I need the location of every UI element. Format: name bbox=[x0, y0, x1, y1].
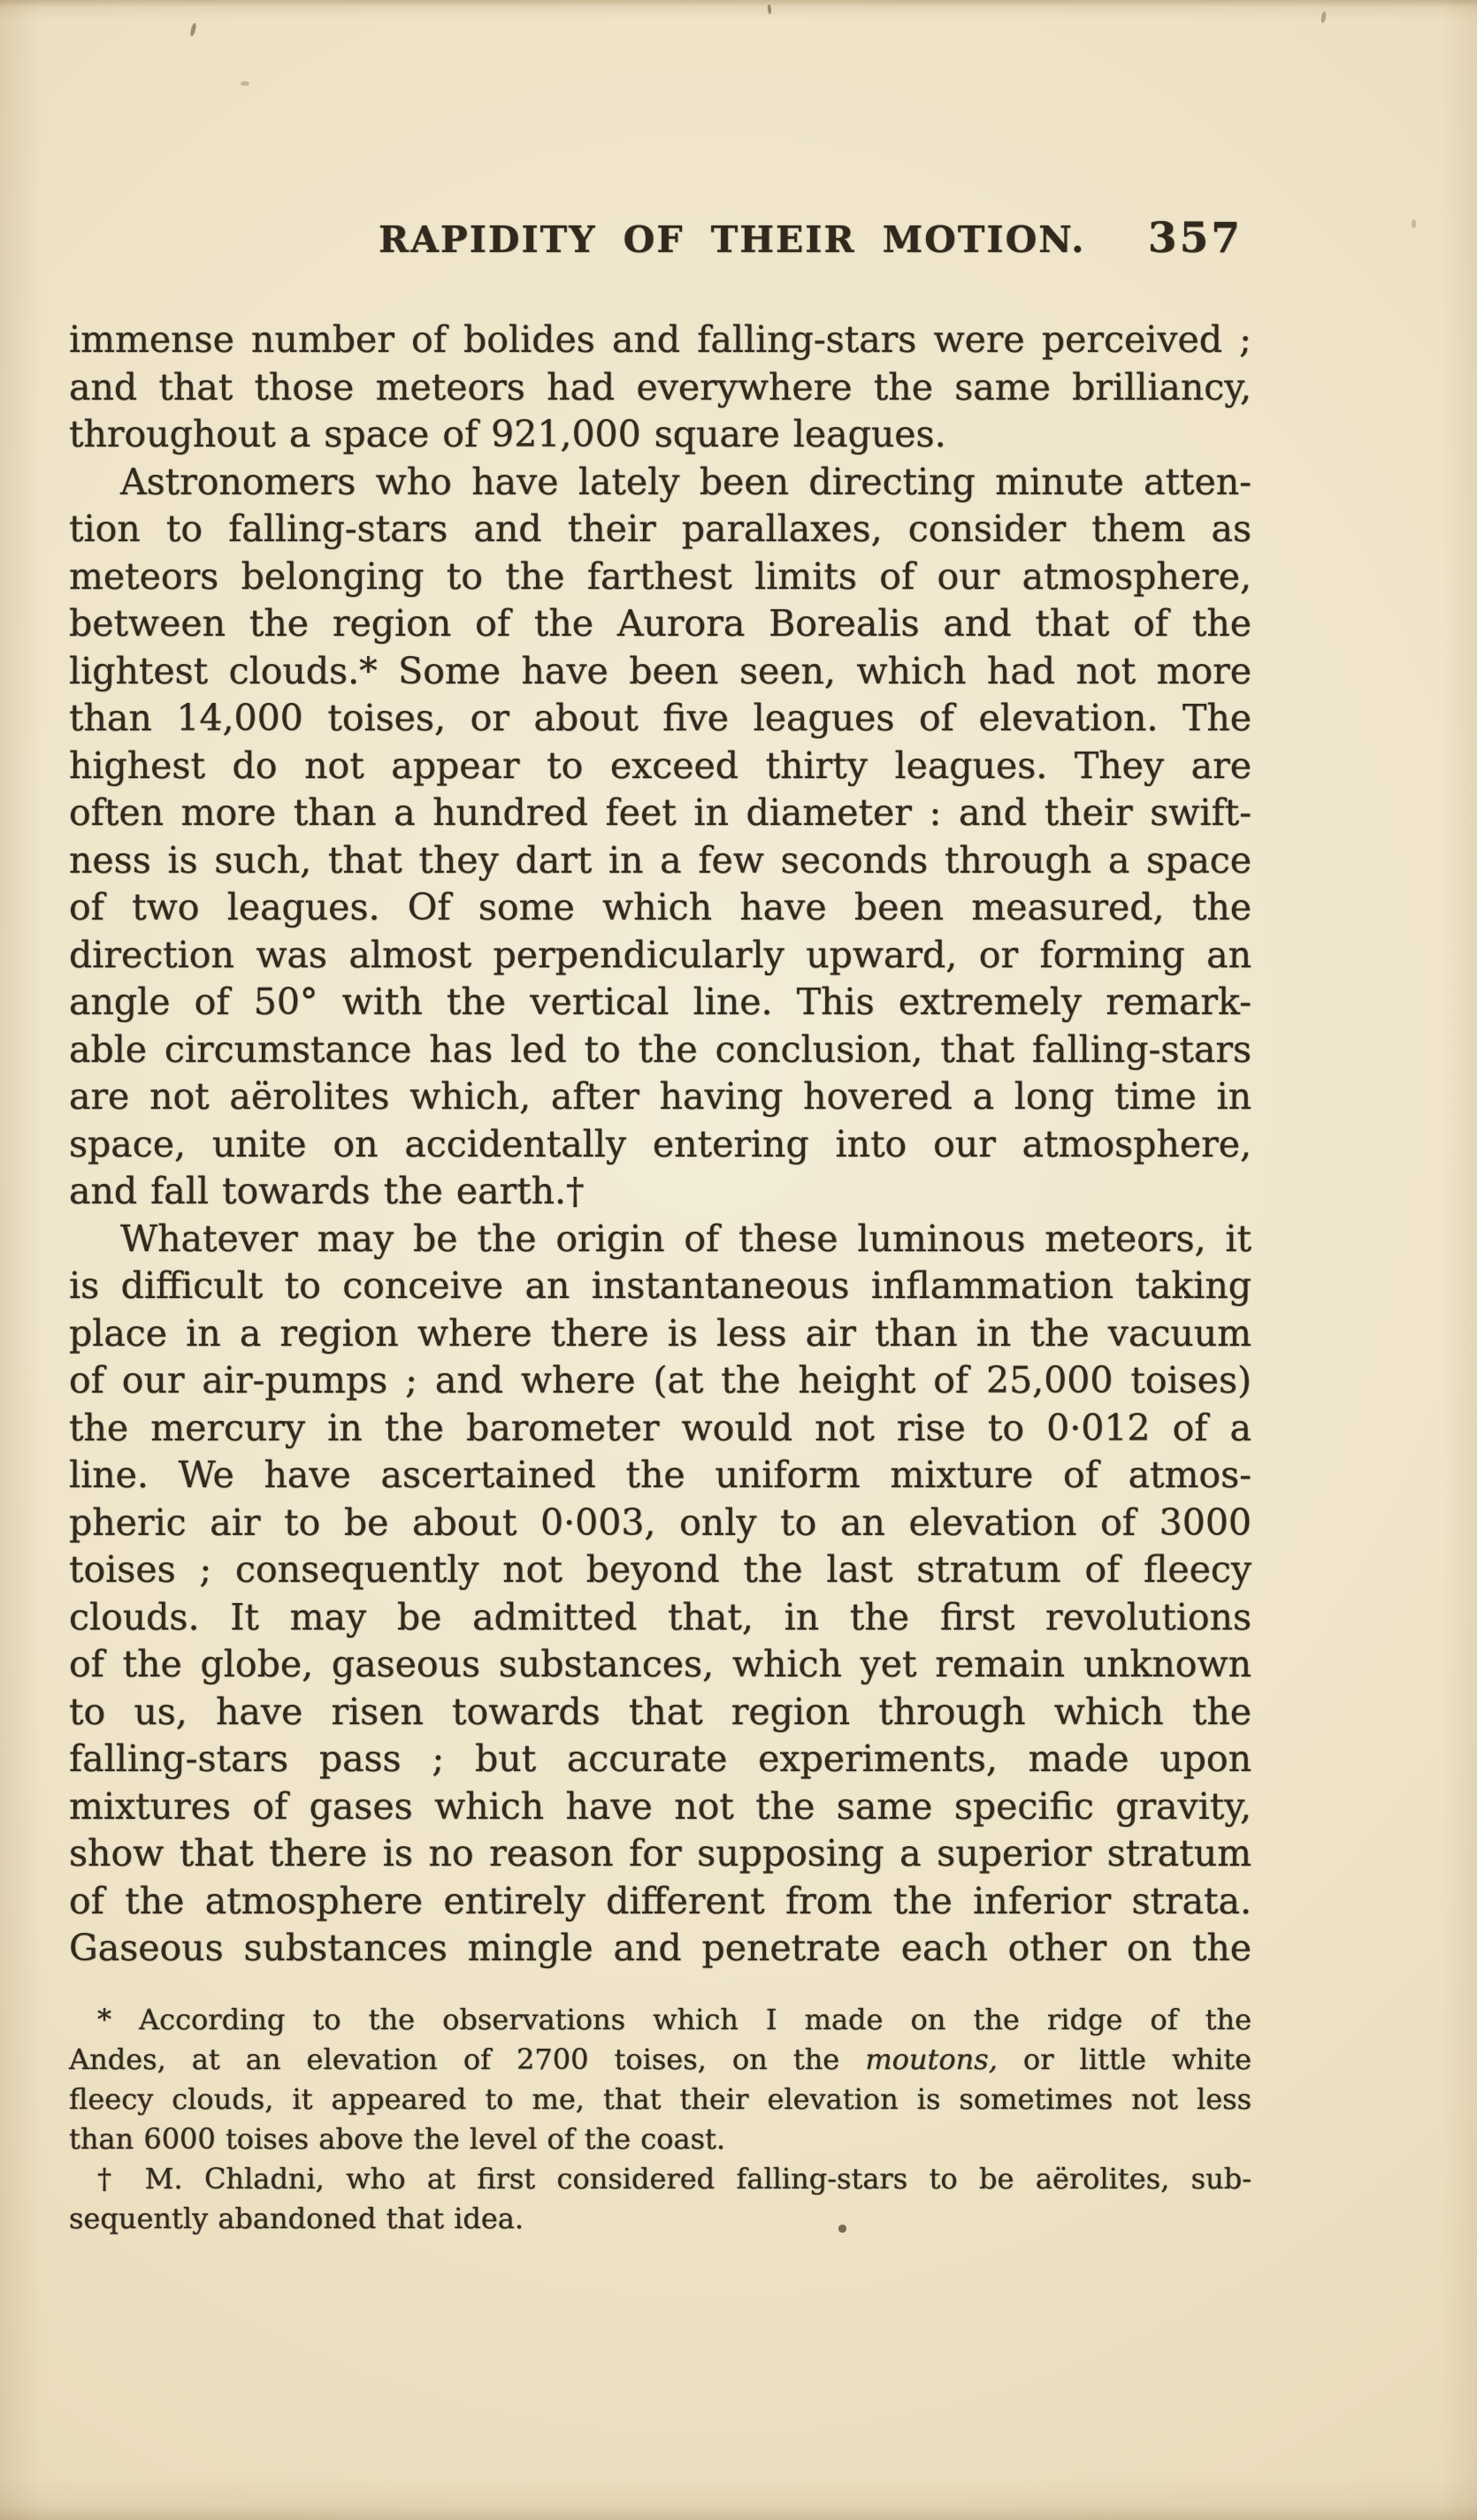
body-line: lightest clouds.* Some have been seen, w… bbox=[69, 648, 1251, 696]
body-line: highest do not appear to exceed thirty l… bbox=[69, 743, 1251, 790]
body-line: angle of 50° with the vertical line. Thi… bbox=[69, 979, 1251, 1027]
body-line: and fall towards the earth.† bbox=[69, 1168, 1251, 1216]
body-line: the mercury in the barometer would not r… bbox=[69, 1405, 1251, 1453]
body-line: able circumstance has led to the conclus… bbox=[69, 1027, 1251, 1074]
body-line: place in a region where there is less ai… bbox=[69, 1310, 1251, 1358]
body-line: direction was almost perpendicularly upw… bbox=[69, 932, 1251, 980]
footnotes: * According to the observations which I … bbox=[69, 2000, 1251, 2239]
body-line: throughout a space of 921,000 square lea… bbox=[69, 411, 1251, 459]
body-line: falling-stars pass ; but accurate experi… bbox=[69, 1736, 1251, 1783]
ink-speck bbox=[1412, 219, 1416, 228]
footnote-line: than 6000 toises above the level of the … bbox=[69, 2119, 1251, 2159]
body-line: mixtures of gases which have not the sam… bbox=[69, 1783, 1251, 1831]
body-line: toises ; consequently not beyond the las… bbox=[69, 1546, 1251, 1594]
footnote-line: † M. Chladni, who at first considered fa… bbox=[69, 2159, 1251, 2199]
ink-speck bbox=[1320, 11, 1327, 24]
body-line: between the region of the Aurora Boreali… bbox=[69, 600, 1251, 648]
footnote-line: sequently abandoned that idea. bbox=[69, 2199, 1251, 2239]
book-page: RAPIDITY OF THEIR MOTION. 357 immense nu… bbox=[0, 0, 1477, 2520]
body-line: to us, have risen towards that region th… bbox=[69, 1689, 1251, 1737]
footnote-text: Andes, at an elevation of 2700 toises, o… bbox=[69, 2043, 865, 2076]
body-line: is difficult to conceive an instantaneou… bbox=[69, 1263, 1251, 1310]
body-line: space, unite on accidentally entering in… bbox=[69, 1121, 1251, 1169]
ink-speck bbox=[189, 23, 196, 37]
ink-speck bbox=[767, 4, 771, 14]
body-line: often more than a hundred feet in diamet… bbox=[69, 790, 1251, 837]
body-line: Gaseous substances mingle and penetrate … bbox=[69, 1925, 1251, 1973]
body-line: are not aërolites which, after having ho… bbox=[69, 1073, 1251, 1121]
body-line: immense number of bolides and falling-st… bbox=[69, 317, 1251, 364]
body-line: of the atmosphere entirely different fro… bbox=[69, 1878, 1251, 1926]
running-title: RAPIDITY OF THEIR MOTION. bbox=[379, 218, 1085, 261]
page-number: 357 bbox=[1136, 214, 1243, 263]
body-line: and that those meteors had everywhere th… bbox=[69, 364, 1251, 412]
ink-speck bbox=[241, 81, 249, 86]
body-line: pheric air to be about 0·003, only to an… bbox=[69, 1500, 1251, 1547]
body-text: immense number of bolides and falling-st… bbox=[69, 317, 1251, 1973]
body-line: line. We have ascertained the uniform mi… bbox=[69, 1452, 1251, 1500]
body-line: of the globe, gaseous substances, which … bbox=[69, 1641, 1251, 1689]
footnote-line: * According to the observations which I … bbox=[69, 2000, 1251, 2040]
body-line: Astronomers who have lately been directi… bbox=[69, 459, 1251, 507]
footnote-line: Andes, at an elevation of 2700 toises, o… bbox=[69, 2040, 1251, 2080]
body-line: ness is such, that they dart in a few se… bbox=[69, 837, 1251, 885]
footnote-text: or little white bbox=[998, 2043, 1251, 2076]
body-line: Whatever may be the origin of these lumi… bbox=[69, 1216, 1251, 1264]
body-line: meteors belonging to the farthest limits… bbox=[69, 554, 1251, 601]
body-line: clouds. It may be admitted that, in the … bbox=[69, 1594, 1251, 1642]
body-line: of two leagues. Of some which have been … bbox=[69, 884, 1251, 932]
body-line: tion to falling-stars and their parallax… bbox=[69, 506, 1251, 554]
footnote-italic-word: moutons, bbox=[865, 2043, 998, 2076]
body-line: than 14,000 toises, or about five league… bbox=[69, 695, 1251, 743]
body-line: of our air-pumps ; and where (at the hei… bbox=[69, 1357, 1251, 1405]
body-line: show that there is no reason for supposi… bbox=[69, 1830, 1251, 1878]
footnote-line: fleecy clouds, it appeared to me, that t… bbox=[69, 2080, 1251, 2119]
